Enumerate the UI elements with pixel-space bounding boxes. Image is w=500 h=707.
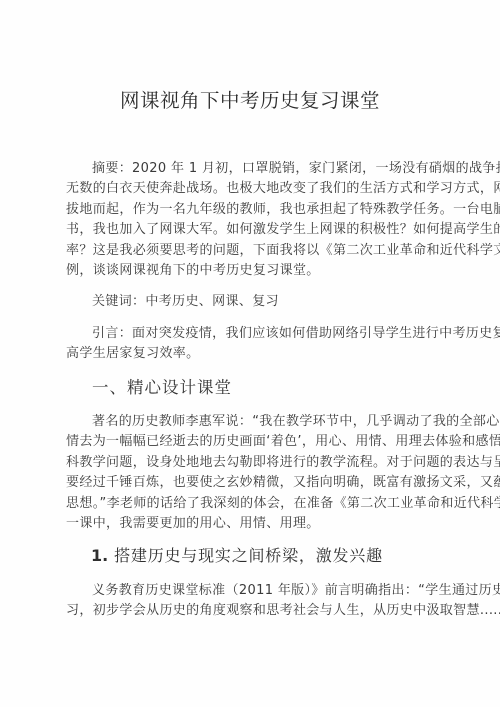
abstract-line: 无数的白衣天使奔赴战场。也极大地改变了我们的生活方式和学习方式，网络教学 — [66, 181, 446, 197]
abstract-line: 摘要：2020 年 1 月初，口罩脱销，家门紧闭，一场没有硝烟的战争打响了，使 — [92, 161, 472, 177]
abstract-line: 书，我也加入了网课大军。如何激发学生上网课的积极性？如何提高学生的复习效 — [66, 222, 446, 238]
subsection-heading: 1. 搭建历史与现实之间桥梁，激发兴趣 — [91, 546, 383, 566]
abstract-line: 例，谈谈网课视角下的中考历史复习课堂。 — [66, 263, 446, 279]
paragraph-line: 科教学问题，设身处地地去勾勒即将进行的教学流程。对于问题的表达与呈现哪怕 — [66, 455, 446, 471]
section-heading: 一、精心设计课堂 — [92, 378, 232, 398]
abstract-line: 拔地而起，作为一名九年级的教师，我也承担起了特殊教学任务。一台电脑，几本 — [66, 202, 446, 218]
document-page: 网课视角下中考历史复习课堂 摘要：2020 年 1 月初，口罩脱销，家门紧闭，一… — [0, 0, 500, 707]
introduction-line: 引言：面对突发疫情，我们应该如何借助网络引导学生进行中考历史复习。提 — [92, 326, 472, 342]
paragraph-line: 要经过千锤百炼，也要使之玄妙精微，又指向明确，既富有激扬文采，又蕴含深邃 — [66, 475, 446, 491]
subsection-number: 1. — [91, 546, 108, 565]
paragraph-line: 义务教育历史课堂标准（2011 年版）》前言明确指出：“学生通过历史课堂的学 — [92, 583, 472, 599]
paragraph-line: 情去为一幅幅已经逝去的历史画面‘着色’，用心、用情、用理去体验和感悟特定的学 — [66, 434, 446, 450]
keywords: 关键词：中考历史、网课、复习 — [92, 294, 472, 310]
subsection-title: 搭建历史与现实之间桥梁，激发兴趣 — [114, 546, 383, 565]
abstract-line: 率？这是我必须要思考的问题，下面我将以《第二次工业革命和近代科学文化》为 — [66, 243, 446, 259]
document-title: 网课视角下中考历史复习课堂 — [0, 89, 500, 113]
paragraph-line: 一课中，我需要更加的用心、用情、用理。 — [66, 516, 446, 532]
paragraph-line: 著名的历史教师李惠军说：“我在教学环节中，几乎调动了我的全部心智和激 — [92, 414, 472, 430]
introduction-line: 高学生居家复习效率。 — [66, 346, 446, 362]
paragraph-line: 习，初步学会从历史的角度观察和思考社会与人生，从历史中汲取智慧......提高综… — [66, 603, 446, 619]
paragraph-line: 思想。”李老师的话给了我深刻的体会，在准备《第二次工业革命和近代科学文化》 — [66, 496, 446, 512]
